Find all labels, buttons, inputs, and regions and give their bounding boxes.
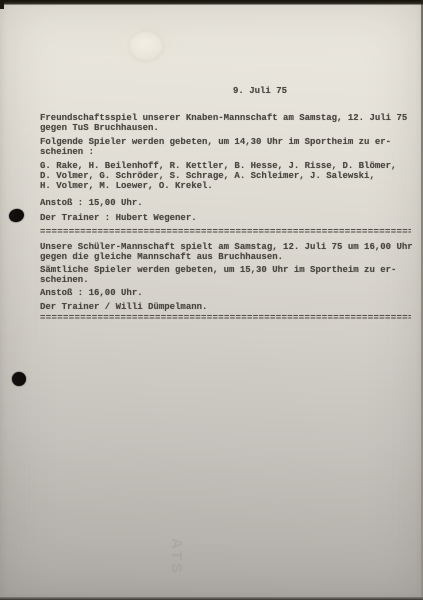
section1-players-line2: D. Volmer, G. Schröder, S. Schrage, A. S…: [40, 171, 375, 181]
typed-divider-1: ========================================…: [40, 227, 411, 237]
paper-stamp-mark: [128, 30, 164, 62]
section2-intro-line2: gegen die gleiche Mannschaft aus Bruchha…: [40, 252, 283, 262]
section1-players-line3: H. Volmer, M. Loewer, O. Krekel.: [40, 181, 213, 191]
section1-trainer: Der Trainer : Hubert Wegener.: [40, 213, 197, 223]
section2-trainer: Der Trainer / Willi Dümpelmann.: [40, 302, 207, 312]
photo-edge-top: [0, 0, 423, 5]
section2-intro-line1: Unsere Schüler-Mannschaft spielt am Sams…: [40, 242, 413, 252]
scanned-document-photo: ATS 9. Juli 75 Freundschaftsspiel unsere…: [0, 0, 423, 600]
section1-request-line2: scheinen :: [40, 147, 94, 157]
typed-divider-2: ========================================…: [40, 313, 411, 323]
section2-kickoff: Anstoß : 16,00 Uhr.: [40, 288, 143, 298]
section1-kickoff: Anstoß : 15,00 Uhr.: [40, 198, 143, 208]
section1-intro-line2: gegen TuS Bruchhausen.: [40, 123, 159, 133]
section2-request-line2: scheinen.: [40, 275, 89, 285]
photo-edge-left-nick: [0, 0, 4, 9]
punch-hole-top: [8, 207, 26, 223]
section1-request-line1: Folgende Spieler werden gebeten, um 14,3…: [40, 137, 391, 147]
section2-request-line1: Sämtliche Spieler werden gebeten, um 15,…: [40, 265, 396, 275]
photo-vignette: [0, 0, 423, 600]
section1-players-line1: G. Rake, H. Beilenhoff, R. Kettler, B. H…: [40, 161, 396, 171]
section1-intro-line1: Freundschaftsspiel unserer Knaben-Mannsc…: [40, 113, 407, 123]
document-date: 9. Juli 75: [233, 86, 287, 96]
punch-hole-bottom: [12, 372, 26, 386]
paper-watermark: ATS: [168, 538, 185, 576]
